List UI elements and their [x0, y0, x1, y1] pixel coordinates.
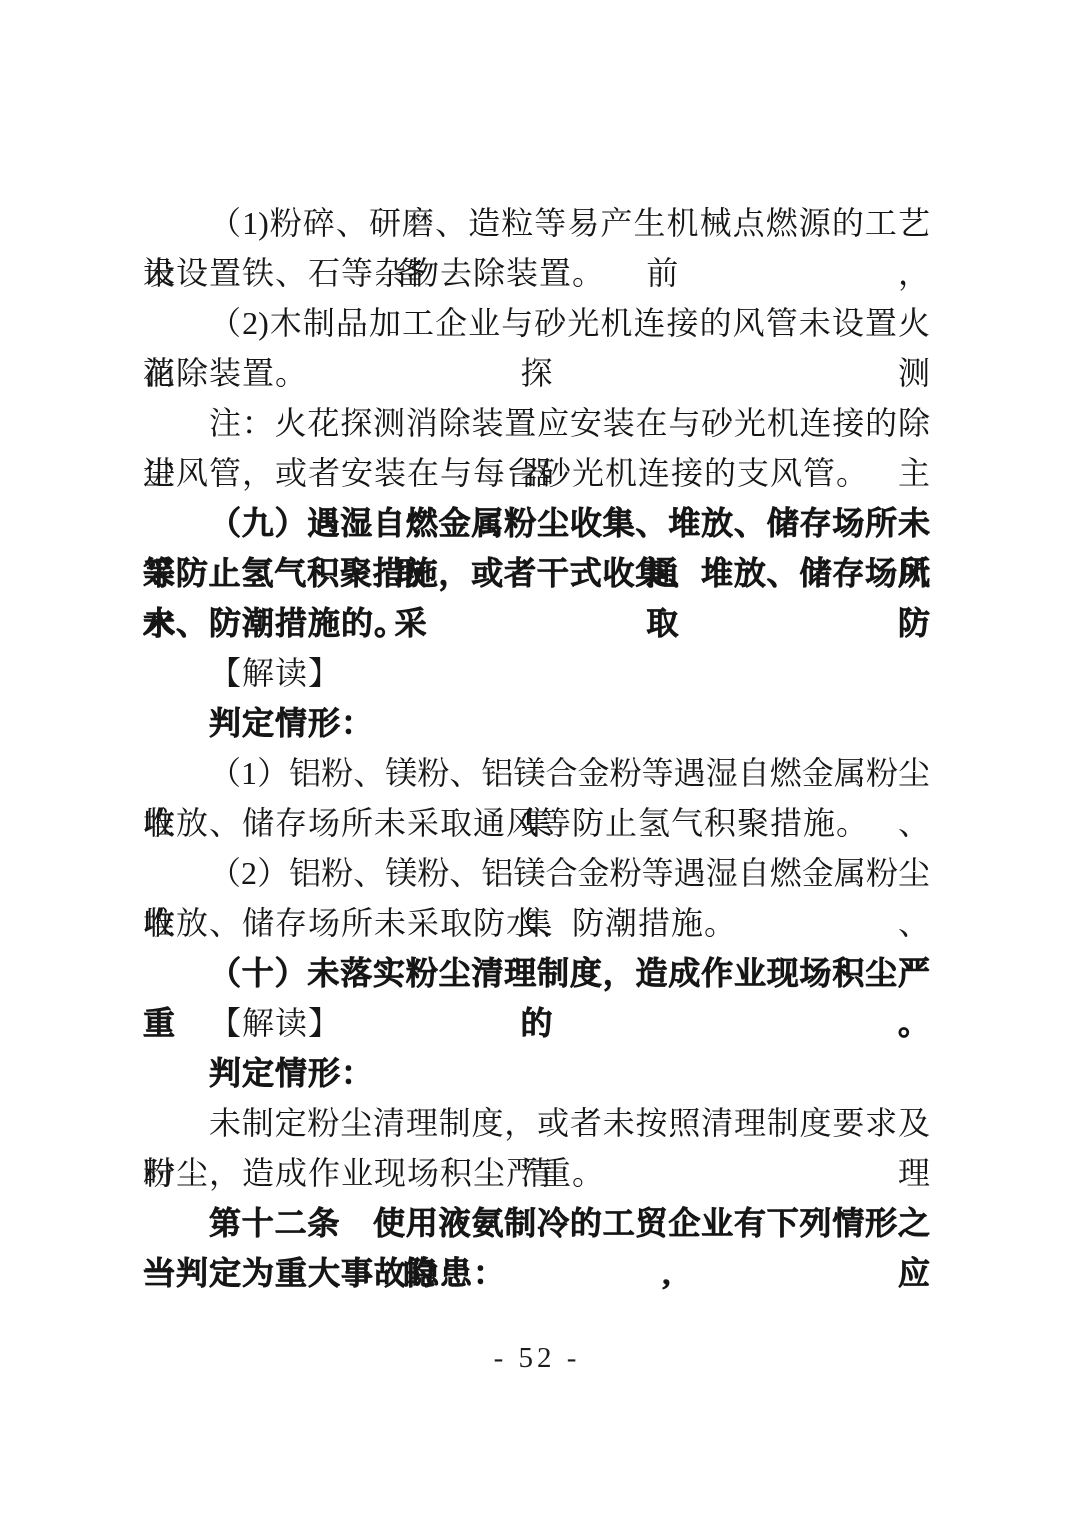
section-heading-9-cont: 等防止氢气积聚措施，或者干式收集、堆放、储存场所未采取防 — [143, 548, 930, 598]
article-12-heading: 第十二条 使用液氨制冷的工贸企业有下列情形之一的,应 — [143, 1198, 930, 1248]
text-line: 注：火花探测消除装置应安装在与砂光机连接的除尘器主 — [143, 398, 930, 448]
judgment-criteria-label: 判定情形： — [143, 1048, 930, 1098]
section-heading-9: （九）遇湿自燃金属粉尘收集、堆放、储存场所未采取通风 — [143, 498, 930, 548]
section-heading-10: （十）未落实粉尘清理制度，造成作业现场积尘严重的。 — [143, 948, 930, 998]
interpretation-label: 【解读】 — [143, 648, 930, 698]
document-page: （1)粉碎、研磨、造粒等易产生机械点燃源的工艺设备前， 未设置铁、石等杂物去除装… — [0, 0, 1074, 1520]
page-number: - 52 - — [0, 1342, 1074, 1375]
text-line: （2）铝粉、镁粉、铝镁合金粉等遇湿自燃金属粉尘收集、 — [143, 848, 930, 898]
text-line: 堆放、储存场所未采取通风等防止氢气积聚措施。 — [143, 798, 930, 848]
judgment-criteria-label: 判定情形： — [143, 698, 930, 748]
text-line: （2)木制品加工企业与砂光机连接的风管未设置火花探测 — [143, 298, 930, 348]
document-body: （1)粉碎、研磨、造粒等易产生机械点燃源的工艺设备前， 未设置铁、石等杂物去除装… — [143, 198, 930, 1298]
text-line: （1)粉碎、研磨、造粒等易产生机械点燃源的工艺设备前， — [143, 198, 930, 248]
text-line: 进风管，或者安装在与每台砂光机连接的支风管。 — [143, 448, 930, 498]
text-line: 未制定粉尘清理制度，或者未按照清理制度要求及时清理 — [143, 1098, 930, 1148]
text-line: （1）铝粉、镁粉、铝镁合金粉等遇湿自燃金属粉尘收集、 — [143, 748, 930, 798]
